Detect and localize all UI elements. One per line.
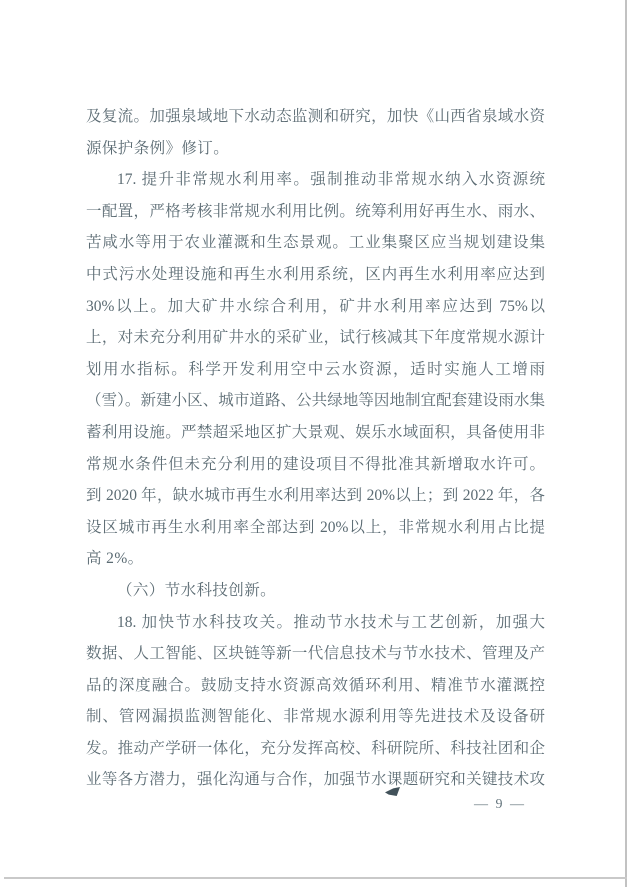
text-line: 苦咸水等用于农业灌溉和生态景观。工业集聚区应当规划建设集 — [86, 227, 545, 259]
text-line: 一配置，严格考核非常规水利用比例。统筹利用好再生水、雨水、 — [86, 196, 545, 228]
document-page: 及复流。加强泉域地下水动态监测和研究，加快《山西省泉域水资源保护条例》修订。17… — [0, 0, 629, 887]
text-line: 划用水指标。科学开发利用空中云水资源，适时实施人工增雨 — [86, 354, 545, 386]
text-line: 设区城市再生水利用率全部达到 20%以上，非常规水利用占比提 — [86, 512, 545, 544]
text-line: 17. 提升非常规水利用率。强制推动非常规水纳入水资源统 — [86, 164, 545, 196]
text-line: 蓄利用设施。严禁超采地区扩大景观、娱乐水域面积，具备使用非 — [86, 417, 545, 449]
text-line: 到 2020 年，缺水城市再生水利用率达到 20%以上；到 2022 年，各 — [86, 480, 545, 512]
text-line: 数据、人工智能、区块链等新一代信息技术与节水技术、管理及产 — [86, 638, 545, 670]
text-line: 30%以上。加大矿井水综合利用，矿井水利用率应达到 75%以 — [86, 291, 545, 323]
page-number: — 9 — — [430, 795, 570, 815]
text-line: （六）节水科技创新。 — [86, 575, 545, 607]
text-line: 制、管网漏损监测智能化、非常规水源利用等先进技术及设备研 — [86, 701, 545, 733]
body-text: 及复流。加强泉域地下水动态监测和研究，加快《山西省泉域水资源保护条例》修订。17… — [86, 101, 545, 796]
text-line: 及复流。加强泉域地下水动态监测和研究，加快《山西省泉域水资 — [86, 101, 545, 133]
text-line: 业等各方潜力，强化沟通与合作，加强节水课题研究和关键技术攻 — [86, 764, 545, 796]
text-line: （雪）。新建小区、城市道路、公共绿地等因地制宜配套建设雨水集 — [86, 385, 545, 417]
scan-edge-bottom-line — [4, 877, 627, 879]
text-line: 上，对未充分利用矿井水的采矿业，试行核减其下年度常规水源计 — [86, 322, 545, 354]
text-line: 发。推动产学研一体化，充分发挥高校、科研院所、科技社团和企 — [86, 733, 545, 765]
text-line: 常规水条件但未充分利用的建设项目不得批准其新增取水许可。 — [86, 449, 545, 481]
text-line: 18. 加快节水科技攻关。推动节水技术与工艺创新，加强大 — [86, 607, 545, 639]
text-line: 源保护条例》修订。 — [86, 133, 545, 165]
text-line: 品的深度融合。鼓励支持水资源高效循环利用、精准节水灌溉控 — [86, 670, 545, 702]
text-line: 中式污水处理设施和再生水利用系统，区内再生水利用率应达到 — [86, 259, 545, 291]
text-line: 高 2%。 — [86, 543, 545, 575]
scan-edge-right-line — [625, 0, 627, 887]
